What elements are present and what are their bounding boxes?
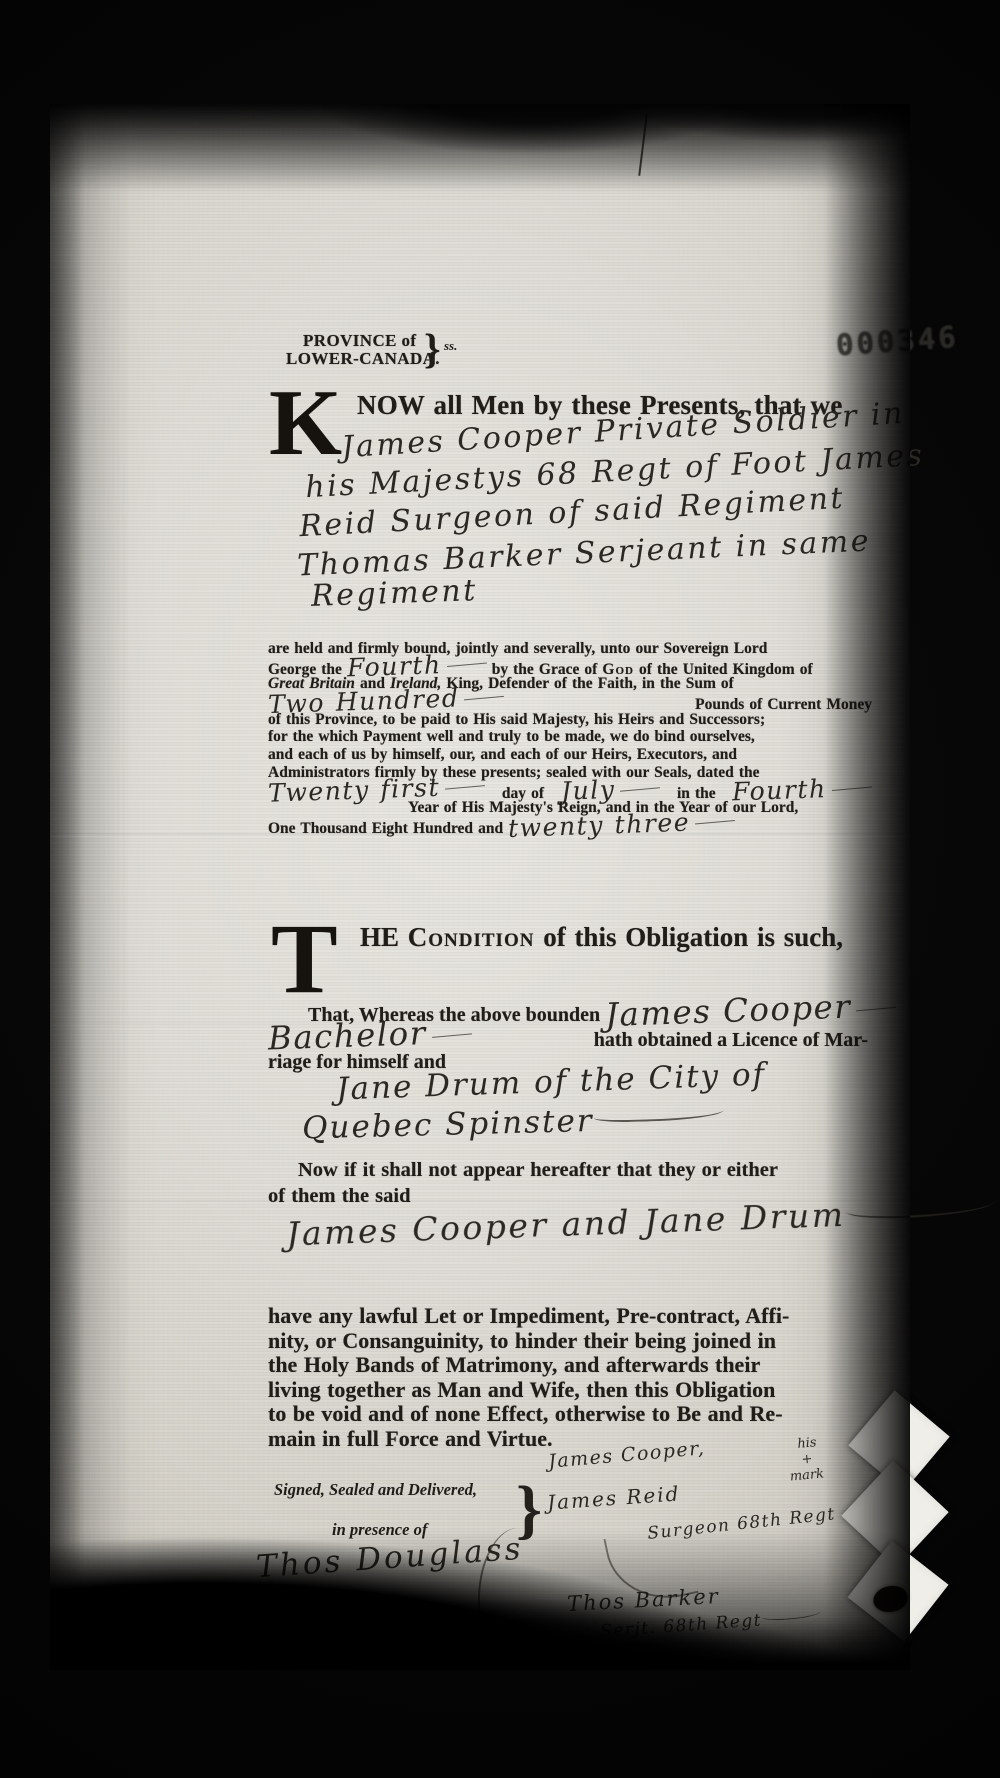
printed-text: of them the said xyxy=(268,1185,411,1207)
attestation-line1: Signed, Sealed and Delivered, xyxy=(274,1480,477,1500)
printed-text: and each of us by himself, our, and each… xyxy=(268,746,737,763)
text-line: to be void and of none Effect, otherwise… xyxy=(268,1401,868,1426)
text-line: and each of us by himself, our, and each… xyxy=(268,746,872,764)
printed-text: One Thousand Eight Hundred and xyxy=(268,820,508,837)
condition-heading-pre: HE xyxy=(360,922,408,952)
condition-heading-smallcaps: Condition xyxy=(408,922,535,952)
text-line: have any lawful Let or Impediment, Pre-c… xyxy=(268,1303,868,1328)
dropcap-t: T xyxy=(271,918,338,1000)
text-line: George the Fourth by the Grace of God of… xyxy=(268,658,872,676)
handwritten-insert: twenty three xyxy=(508,813,735,837)
ss-abbreviation: ss. xyxy=(444,338,457,354)
printed-text: living together as Man and Wife, then th… xyxy=(268,1377,775,1402)
handwritten-line: mark xyxy=(783,1466,830,1486)
dropcap-k: K xyxy=(269,385,342,462)
printed-text: main in full Force and Virtue. xyxy=(268,1426,553,1451)
text-line: nity, or Consanguinity, to hinder their … xyxy=(268,1328,868,1353)
handwritten-line: Regiment xyxy=(310,573,478,614)
condition-heading: HE Condition of this Obligation is such, xyxy=(360,922,843,953)
printed-text: the Holy Bands of Matrimony, and afterwa… xyxy=(268,1352,760,1377)
printed-text: to be void and of none Effect, otherwise… xyxy=(268,1401,783,1426)
text-line: of this Province, to be paid to His said… xyxy=(268,711,872,729)
handwritten-insert: Twenty first xyxy=(268,778,486,802)
text-line: One Thousand Eight Hundred and twenty th… xyxy=(268,817,872,835)
province-header-line1: PROVINCE of xyxy=(286,332,440,350)
signature-james-reid: James Reid xyxy=(546,1481,681,1514)
closing-paragraph: have any lawful Let or Impediment, Pre-c… xyxy=(268,1303,868,1450)
header-brace: } xyxy=(424,326,441,374)
handwritten-insert: July xyxy=(561,780,661,799)
printed-text: of this Province, to be paid to His said… xyxy=(268,711,765,728)
handwritten-insert: Fourth xyxy=(732,779,872,800)
printed-text: for the which Payment well and truly to … xyxy=(268,728,755,745)
handwritten-line: Quebec Spinster xyxy=(302,1099,724,1146)
serial-number-stamp: 000346 xyxy=(835,320,960,362)
handwritten-insert: Two Hundred xyxy=(268,689,505,713)
printed-text: have any lawful Let or Impediment, Pre-c… xyxy=(268,1303,789,1328)
microfilm-scan: PROVINCE of LOWER-CANADA. } ss. 000346 K… xyxy=(0,0,1000,1778)
province-header-line2: LOWER-CANADA. xyxy=(286,350,440,368)
printed-text: are held and firmly bound, jointly and s… xyxy=(268,640,767,657)
text-line: Bachelorhath obtained a Licence of Mar- xyxy=(268,1026,868,1051)
handwritten-insert: Fourth xyxy=(347,655,487,676)
his-mark-annotation: his+mark xyxy=(784,1436,830,1484)
text-line: Twenty firstday ofJulyin theFourth xyxy=(268,782,872,800)
handwritten-insert: James Cooper xyxy=(605,996,897,1026)
printed-text: hath obtained a Licence of Mar- xyxy=(594,1029,868,1052)
wax-blob xyxy=(873,1586,907,1612)
document-paper: PROVINCE of LOWER-CANADA. } ss. 000346 K… xyxy=(50,104,910,1670)
province-header: PROVINCE of LOWER-CANADA. xyxy=(286,332,440,368)
printed-text: nity, or Consanguinity, to hinder their … xyxy=(268,1328,776,1353)
text-line: main in full Force and Virtue. xyxy=(268,1426,868,1451)
text-line: Two HundredPounds of Current Money xyxy=(268,693,872,711)
document-content: PROVINCE of LOWER-CANADA. } ss. 000346 K… xyxy=(50,104,910,1670)
condition-heading-post: of this Obligation is such, xyxy=(534,922,843,952)
printed-text: Now if it shall not appear hereafter tha… xyxy=(298,1159,778,1181)
attestation-line2: in presence of xyxy=(332,1520,427,1540)
text-line: living together as Man and Wife, then th… xyxy=(268,1377,868,1402)
text-line: the Holy Bands of Matrimony, and afterwa… xyxy=(268,1352,868,1377)
bond-paragraph: are held and firmly bound, jointly and s… xyxy=(268,640,872,835)
wax-paper-seal xyxy=(847,1540,948,1641)
text-line: Now if it shall not appear hereafter tha… xyxy=(268,1159,778,1185)
text-line: for the which Payment well and truly to … xyxy=(268,728,872,746)
handwritten-insert: Bachelor xyxy=(268,1022,472,1049)
